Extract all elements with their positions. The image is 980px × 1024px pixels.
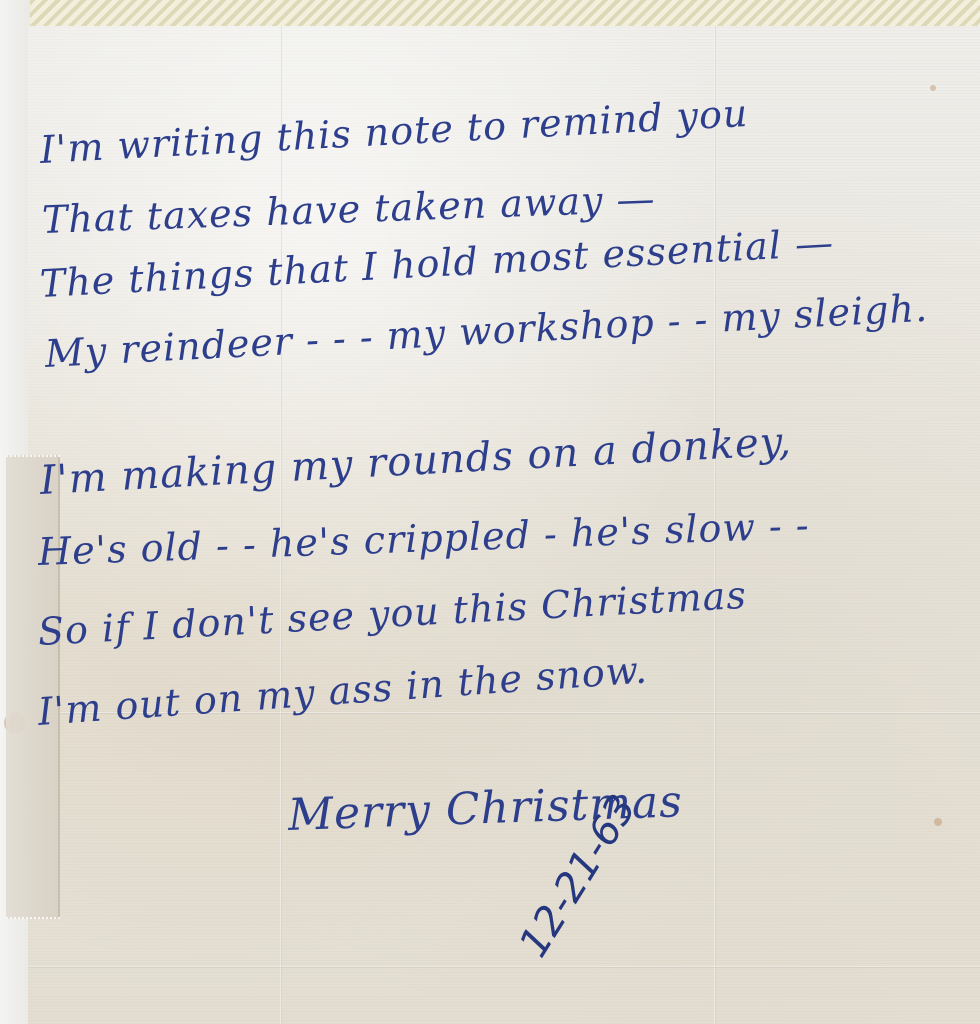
tape-strip xyxy=(6,455,60,919)
fold-line-horizontal-bottom xyxy=(28,966,980,968)
stain xyxy=(934,818,942,826)
stain xyxy=(930,85,936,91)
letter-photo: I'm writing this note to remind you That… xyxy=(0,0,980,1024)
